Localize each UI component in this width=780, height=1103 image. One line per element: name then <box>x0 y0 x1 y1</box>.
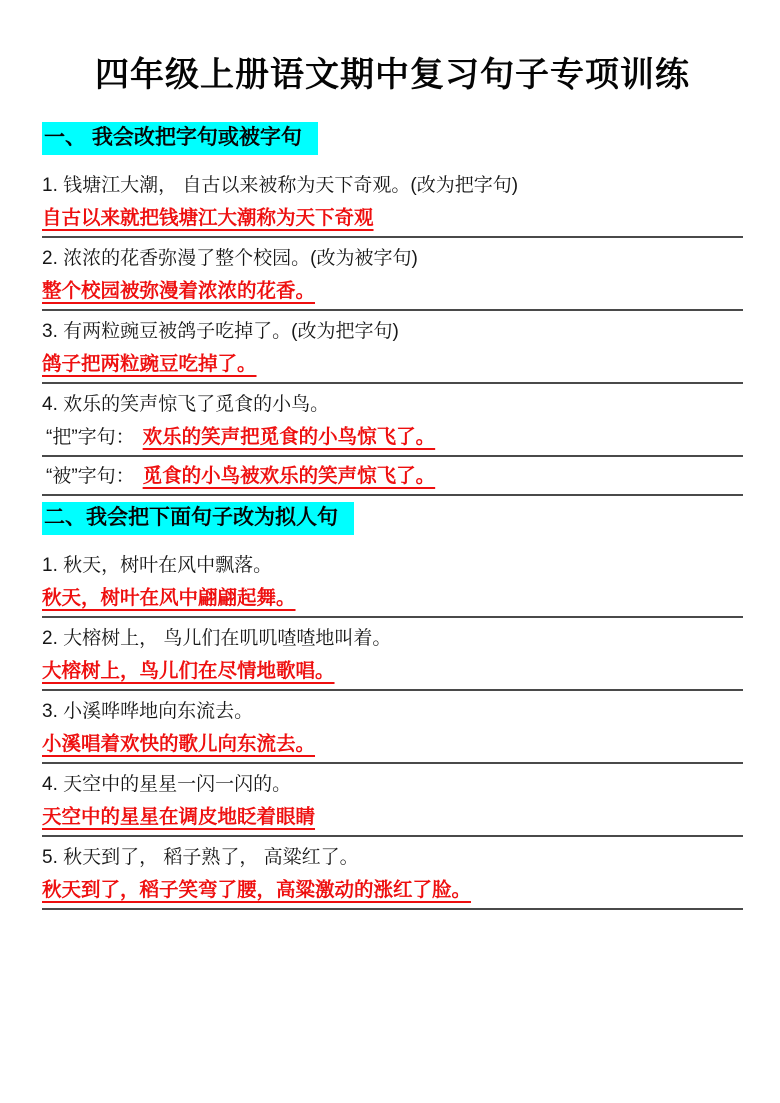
section-1-heading: 一、 我会改把字句或被字句 <box>42 122 318 155</box>
page-title: 四年级上册语文期中复习句子专项训练 <box>42 52 743 98</box>
answer-row: 天空中的星星在调皮地眨着眼睛 <box>42 804 743 837</box>
question-text: 2. 大榕树上， 鸟儿们在叽叽喳喳地叫着。 <box>42 627 743 650</box>
answer-row-bei: “被”字句： 觅食的小鸟被欢乐的笑声惊飞了。 <box>42 463 743 496</box>
worksheet-page: 四年级上册语文期中复习句子专项训练 一、 我会改把字句或被字句 1. 钱塘江大潮… <box>0 0 780 1103</box>
question-text: 4. 天空中的星星一闪一闪的。 <box>42 773 743 796</box>
section-2-heading: 二、我会把下面句子改为拟人句 <box>42 502 354 535</box>
answer-text: 秋天，树叶在风中翩翩起舞。 <box>42 587 296 610</box>
answer-row: 小溪唱着欢快的歌儿向东流去。 <box>42 731 743 764</box>
answer-row: 鸽子把两粒豌豆吃掉了。 <box>42 351 743 384</box>
answer-prefix: “把”字句： <box>46 426 143 449</box>
answer-text: 鸽子把两粒豌豆吃掉了。 <box>42 353 257 376</box>
answer-text: 天空中的星星在调皮地眨着眼睛 <box>42 806 315 829</box>
question-text: 2. 浓浓的花香弥漫了整个校园。(改为被字句) <box>42 247 743 270</box>
section-ba-bei: 一、 我会改把字句或被字句 1. 钱塘江大潮， 自古以来被称为天下奇观。(改为把… <box>42 122 743 496</box>
answer-row: 秋天，树叶在风中翩翩起舞。 <box>42 585 743 618</box>
answer-text: 小溪唱着欢快的歌儿向东流去。 <box>42 733 315 756</box>
answer-row: 自古以来就把钱塘江大潮称为天下奇观 <box>42 205 743 238</box>
answer-row: 秋天到了，稻子笑弯了腰，高粱激动的涨红了脸。 <box>42 877 743 910</box>
answer-text: 大榕树上，鸟儿们在尽情地歌唱。 <box>42 660 335 683</box>
answer-text: 欢乐的笑声把觅食的小鸟惊飞了。 <box>143 426 436 449</box>
section-personification: 二、我会把下面句子改为拟人句 1. 秋天，树叶在风中飘落。 秋天，树叶在风中翩翩… <box>42 502 743 910</box>
question-text: 3. 小溪哗哗地向东流去。 <box>42 700 743 723</box>
question-text: 5. 秋天到了， 稻子熟了， 高粱红了。 <box>42 846 743 869</box>
question-text: 3. 有两粒豌豆被鸽子吃掉了。(改为把字句) <box>42 320 743 343</box>
answer-text: 整个校园被弥漫着浓浓的花香。 <box>42 280 315 303</box>
question-text: 1. 钱塘江大潮， 自古以来被称为天下奇观。(改为把字句) <box>42 174 743 197</box>
answer-text: 觅食的小鸟被欢乐的笑声惊飞了。 <box>143 465 436 488</box>
question-text: 1. 秋天，树叶在风中飘落。 <box>42 554 743 577</box>
answer-row-ba: “把”字句： 欢乐的笑声把觅食的小鸟惊飞了。 <box>42 424 743 457</box>
answer-row: 整个校园被弥漫着浓浓的花香。 <box>42 278 743 311</box>
answer-prefix: “被”字句： <box>46 465 143 488</box>
answer-text: 自古以来就把钱塘江大潮称为天下奇观 <box>42 207 374 230</box>
answer-text: 秋天到了，稻子笑弯了腰，高粱激动的涨红了脸。 <box>42 879 471 902</box>
answer-row: 大榕树上，鸟儿们在尽情地歌唱。 <box>42 658 743 691</box>
question-text: 4. 欢乐的笑声惊飞了觅食的小鸟。 <box>42 393 743 416</box>
